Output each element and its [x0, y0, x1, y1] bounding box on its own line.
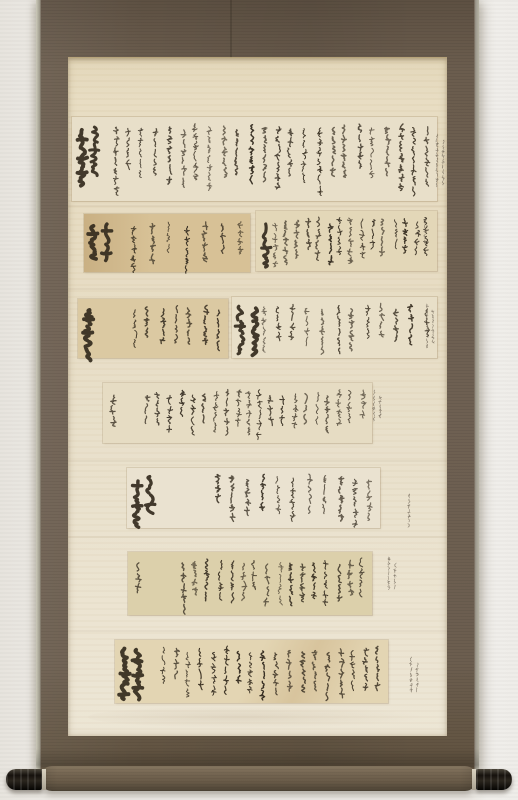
mounted-letter — [84, 214, 250, 272]
mounted-letter — [232, 297, 437, 358]
scroll-left-edge-strip — [36, 0, 41, 770]
paper-crease — [68, 630, 447, 632]
roller-rod — [40, 766, 477, 791]
mounted-letter — [72, 117, 437, 201]
paper-crease — [68, 205, 447, 207]
photo-stage — [0, 0, 518, 800]
paper-bottom-crease — [88, 706, 428, 728]
roller-knob-collar — [42, 769, 46, 790]
mounted-letter — [103, 383, 372, 443]
paper-crease — [68, 460, 447, 462]
mount-top-seam — [230, 0, 232, 58]
mounted-letter — [115, 640, 388, 703]
mounted-letter — [128, 552, 372, 615]
mounted-letter — [256, 211, 437, 271]
roller-fold-shadow — [36, 748, 479, 768]
paper-crease — [68, 536, 447, 538]
paper-crease — [68, 288, 447, 290]
mounted-letter — [127, 468, 380, 528]
roller-knob-collar — [472, 769, 476, 790]
scroll-right-edge-strip — [474, 0, 479, 770]
roller-knob-right — [476, 769, 512, 790]
mounted-letter — [78, 299, 228, 358]
paper-panel — [68, 58, 447, 736]
roller-knob-left — [6, 769, 42, 790]
